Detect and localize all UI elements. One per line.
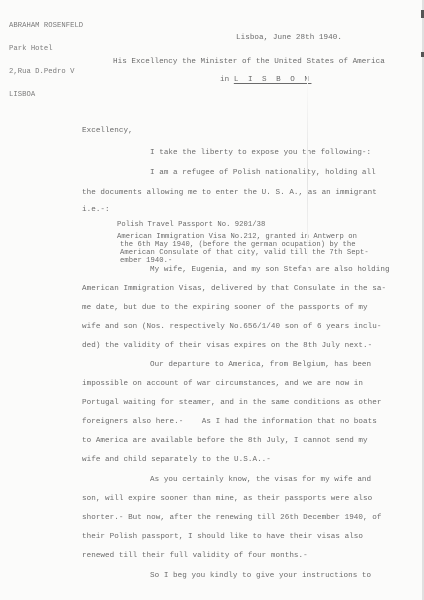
paragraph-line: impossible on account of war circumstanc…: [82, 380, 363, 389]
paragraph-line: shorter.- But now, after the renewing ti…: [82, 514, 381, 523]
paragraph-line: As you certainly know, the visas for my …: [150, 476, 371, 485]
paragraph-line: me date, but due to the expiring sooner …: [82, 304, 368, 313]
addressee: His Excellency the Minister of the Unite…: [113, 58, 385, 67]
sender-city: LISBOA: [9, 92, 83, 100]
addressee-city-line: in L I S B O N: [220, 76, 311, 85]
paragraph-line: American Immigration Visas, delivered by…: [82, 285, 386, 294]
salutation: Excellency,: [82, 127, 133, 136]
paragraph-line: the documents allowing me to enter the U…: [82, 189, 377, 198]
paragraph-line: i.e.-:: [82, 206, 110, 215]
addressee-city-prefix: in: [220, 76, 229, 84]
sender-street: 2,Rua D.Pedro V: [9, 69, 83, 77]
paragraph-line: foreigners also here.- As I had the info…: [82, 418, 377, 427]
paper-fold-crease: [307, 75, 308, 275]
date-line: Lisboa, June 28th 1940.: [236, 34, 342, 43]
paragraph-line: I take the liberty to expose you the fol…: [150, 149, 371, 158]
sender-hotel: Park Hotel: [9, 46, 83, 54]
paragraph-line: wife and son (Nos. respectively No.656/1…: [82, 323, 381, 332]
paragraph-line: I am a refugee of Polish nationality, ho…: [150, 169, 376, 178]
document-item: Polish Travel Passport No. 9201/38: [117, 222, 265, 229]
document-item: ember 1940.-: [120, 258, 172, 265]
paragraph-line: to America are available before the 8th …: [82, 437, 368, 446]
paragraph-line: Our departure to America, from Belgium, …: [150, 361, 371, 370]
paragraph-line: Portugal waiting for steamer, and in the…: [82, 399, 381, 408]
letter-page: ABRAHAM ROSENFELD Park Hotel 2,Rua D.Ped…: [0, 0, 424, 600]
paragraph-line: renewed till their full validity of four…: [82, 552, 308, 561]
paragraph-line: son, will expire sooner than mine, as th…: [82, 495, 372, 504]
paragraph-line: their Polish passport, I should like to …: [82, 533, 363, 542]
paragraph-line: ded) the validity of their visas expires…: [82, 342, 372, 351]
sender-name: ABRAHAM ROSENFELD: [9, 23, 83, 31]
paragraph-line: My wife, Eugenia, and my son Stefan are …: [150, 266, 390, 275]
paragraph-line: So I beg you kindly to give your instruc…: [150, 572, 371, 581]
paragraph-line: wife and child separately to the U.S.A..…: [82, 456, 271, 465]
addressee-city: L I S B O N: [234, 76, 312, 84]
sender-address: ABRAHAM ROSENFELD Park Hotel 2,Rua D.Ped…: [9, 8, 83, 114]
